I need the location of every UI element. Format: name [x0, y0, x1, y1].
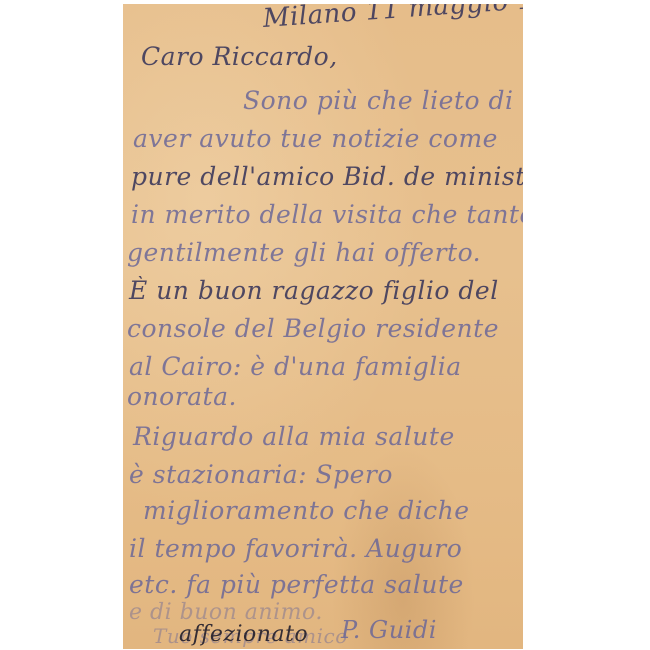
- salutation: Caro Riccardo,: [141, 42, 338, 71]
- letter-paper: Milano 11 maggio 19.. Caro Riccardo, Son…: [123, 4, 523, 649]
- body-line-13: il tempo favorirà. Auguro: [129, 534, 462, 563]
- signature: P. Guidi: [341, 616, 437, 644]
- body-line-7: console del Belgio residente: [127, 314, 499, 343]
- body-line-11: è stazionaria: Spero: [129, 460, 393, 489]
- body-line-5: gentilmente gli hai offerto.: [127, 238, 481, 267]
- body-line-10: Riguardo alla mia salute: [133, 422, 455, 451]
- body-line-4: in merito della visita che tanto: [131, 200, 523, 229]
- body-line-6: È un buon ragazzo figlio del: [129, 276, 499, 305]
- closing-word: affezionato: [179, 622, 308, 647]
- body-line-9: onorata.: [127, 382, 237, 411]
- body-line-14: etc. fa più perfetta salute: [129, 570, 464, 599]
- place-date: Milano 11 maggio 19..: [262, 4, 523, 34]
- body-line-8: al Cairo: è d'una famiglia: [129, 352, 462, 381]
- body-line-12: miglioramento che diche: [143, 496, 470, 525]
- body-line-3: pure dell'amico Bid. de ministri: [131, 162, 523, 191]
- body-line-1: Sono più che lieto di: [243, 86, 514, 115]
- body-line-2: aver avuto tue notizie come: [133, 124, 498, 153]
